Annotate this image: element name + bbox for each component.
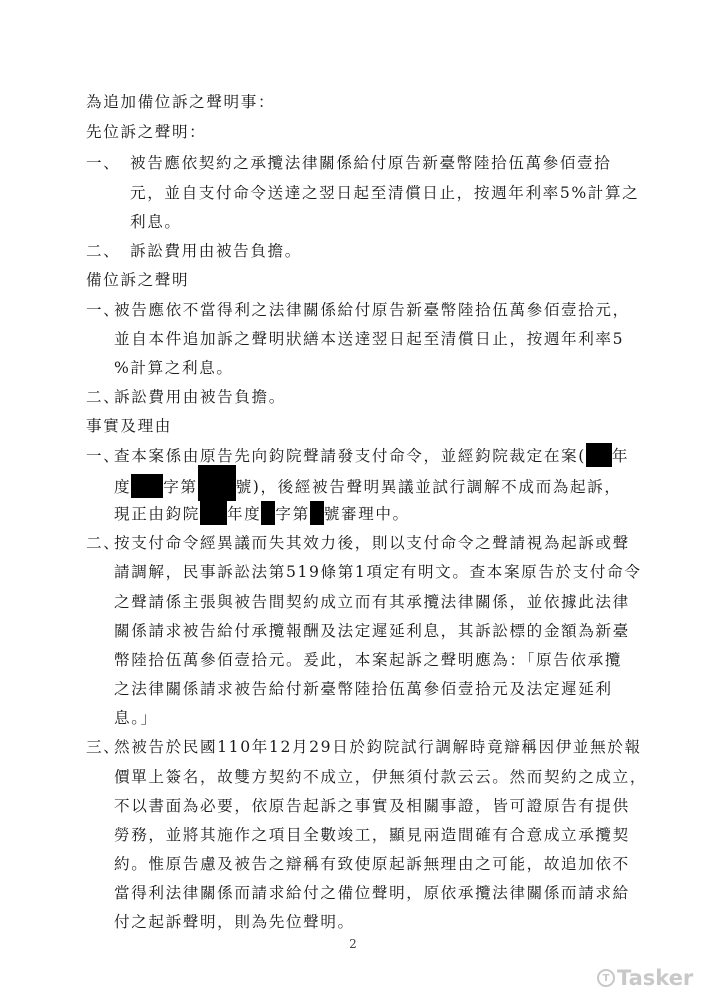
alternative-claim-item-1-line-3: %計算之利息。 [114,358,234,378]
facts-item-2-line-6: 之法律關係請求被告給付新臺幣陸拾伍萬參佰壹拾元及法定遲延利 [114,679,613,699]
document-page: 為追加備位訴之聲明事： 先位訴之聲明： 一、 被告應依契約之承攬法律關係給付原告… [0,0,706,1000]
watermark-text: Tasker [617,966,693,990]
facts-item-2-line-4: 關係請求被告給付承攬報酬及法定遲延利息，其訴訟標的金額為新臺 [114,621,630,641]
facts-item-3-line-2: 價單上簽名，故雙方契約不成立，伊無須付款云云。然而契約之成立， [114,767,647,787]
redaction-block [131,474,163,498]
alternative-claim-title: 備位訴之聲明 [86,270,189,290]
facts-item-1-line-1: 查本案係由原告先向鈞院聲請發支付命令，並經鈞院裁定在案(年 [114,446,629,467]
facts-item-1-line-2: 度字第號)，後經被告聲明異議並試行調解不成而為起訴， [114,475,622,501]
facts-item-3-line-3: 不以書面為必要，依原告起訴之事實及相關事證，皆可證原告有提供 [114,796,630,816]
redaction-block [198,465,236,501]
redaction-block [200,501,227,525]
primary-claim-item-1-line-2: 元，並自支付命令送達之翌日起至清償日止，按週年利率5%計算之 [130,183,639,203]
alternative-claim-item-1-line-2: 並自本件追加訴之聲明狀繕本送達翌日起至清償日止，按週年利率5 [114,329,624,349]
facts-item-3-line-7: 付之起訴聲明，則為先位聲明。 [114,912,355,932]
redaction-block [586,443,612,467]
primary-claim-item-2-num: 二、 [86,241,120,261]
tasker-logo-icon: T [597,969,615,987]
facts-item-1-line-3: 現正由鈞院年度字第號審理中。 [114,504,410,525]
facts-item-3-line-6: 當得利法律關係而請求給付之備位聲明，原依承攬法律關係而請求給 [114,883,630,903]
facts-item-3-line-1: 然被告於民國110年12月29日於鈞院試行調解時竟辯稱因伊並無於報 [114,737,642,757]
alternative-claim-item-2-line-1: 訴訟費用由被告負擔。 [114,387,286,407]
primary-claim-item-2-line-1: 訴訟費用由被告負擔。 [130,241,302,261]
watermark: T Tasker [597,966,693,990]
facts-item-2-line-5: 幣陸拾伍萬參佰壹拾元。爰此，本案起訴之聲明應為：「原告依承攬 [114,650,622,670]
primary-claim-item-1-line-1: 被告應依契約之承攬法律關係給付原告新臺幣陸拾伍萬參佰壹拾 [130,153,611,173]
primary-claim-item-1-line-3: 利息。 [130,212,182,232]
primary-claim-title: 先位訴之聲明： [86,122,206,142]
facts-item-2-line-7: 息。」 [114,708,158,728]
redaction-block [261,501,275,525]
section-heading: 為追加備位訴之聲明事： [86,92,275,112]
redaction-block [310,501,324,525]
page-number: 2 [0,937,706,951]
facts-item-2-line-1: 按支付命令經異議而失其效力後，則以支付命令之聲請視為起訴或聲 [114,533,630,553]
facts-title: 事實及理由 [86,416,172,436]
alternative-claim-item-1-line-1: 被告應依不當得利之法律關係給付原告新臺幣陸拾伍萬參佰壹拾元， [114,300,630,320]
primary-claim-item-1-num: 一、 [86,153,120,173]
facts-item-2-line-2: 請調解，民事訴訟法第519條第1項定有明文。查本案原告於支付命令 [114,562,642,582]
facts-item-3-line-5: 約。惟原告慮及被告之辯稱有致使原起訴無理由之可能，故追加依不 [114,854,630,874]
facts-item-2-line-3: 之聲請係主張與被告間契約成立而有其承攬法律關係，並依據此法律 [114,592,630,612]
facts-item-3-line-4: 勞務，並將其施作之項目全數竣工，顯見兩造間確有合意成立承攬契 [114,825,630,845]
